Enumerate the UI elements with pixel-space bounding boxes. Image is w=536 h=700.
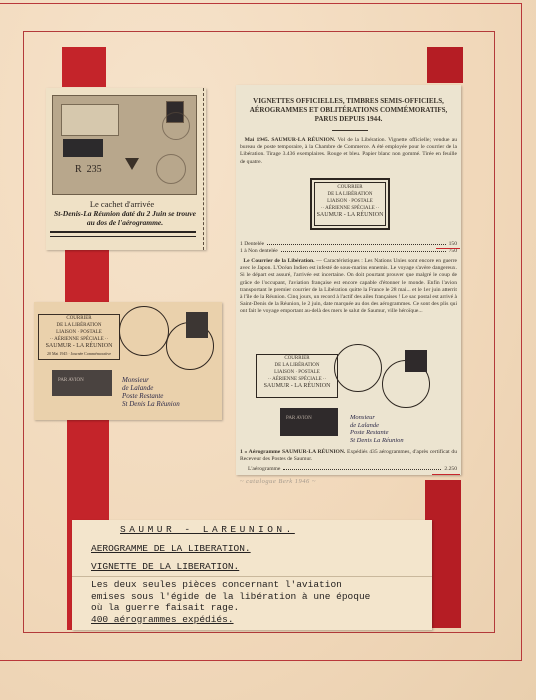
typed-note: SAUMUR - LAREUNION. AEROGRAMME DE LA LIB…	[72, 520, 432, 630]
postmark-icon	[156, 154, 186, 184]
airmail-label-icon: PAR AVION	[52, 370, 112, 396]
caption-title: Le cachet d'arrivée	[46, 199, 198, 209]
stamp-image	[186, 312, 208, 338]
catalogue-header: VIGNETTES OFFICIELLES, TIMBRES SEMIS-OFF…	[240, 97, 457, 124]
price-row: L'aérogramme2.250	[240, 466, 457, 472]
vignette-line: COURRIER	[39, 315, 119, 322]
red-underline	[432, 474, 460, 475]
red-band-decoration	[65, 246, 109, 306]
triangle-mark-icon	[125, 158, 139, 170]
history-paragraph: Le Courrier de la Libération. — Caractér…	[240, 258, 457, 316]
cover-image: R 235	[52, 95, 197, 195]
pencil-note: ~ catalogue Berk 1946 ~	[240, 478, 316, 485]
column-rule	[203, 88, 204, 250]
note-title: SAUMUR - LAREUNION.	[120, 524, 295, 535]
vignette-image	[61, 104, 119, 136]
divider	[50, 231, 196, 237]
arrival-cachet-clipping: R 235 Le cachet d'arrivée St-Denis-La Ré…	[46, 88, 206, 250]
aerogram-cover-image: COURRIER DE LA LIBÉRATION LIAISON · POST…	[252, 340, 442, 448]
vignette-line: LIAISON · POSTALE	[39, 329, 119, 336]
handwritten-address: Monsieur de Lalande Poste Restante St De…	[350, 414, 404, 444]
registration-label: R 235	[75, 164, 102, 175]
vignette-line: 20 Mai 1945 · Journée Commémorative	[39, 350, 119, 357]
note-line: VIGNETTE DE LA LIBERATION.	[91, 561, 239, 572]
album-page: R 235 Le cachet d'arrivée St-Denis-La Ré…	[0, 0, 536, 700]
vignette-image: COURRIER DE LA LIBÉRATION LIAISON · POST…	[38, 314, 120, 360]
rf-postmark-icon	[334, 344, 382, 392]
aerogram-entry: 1 » Aérogramme SAUMUR-LA RÉUNION. Expédi…	[240, 449, 457, 463]
caption-text: St-Denis-La Réunion daté du 2 Juin se tr…	[50, 209, 200, 227]
rf-postmark-icon	[119, 306, 169, 356]
handwritten-address: Monsieur de Lalande Poste Restante St De…	[122, 376, 180, 408]
red-band-decoration	[62, 47, 106, 87]
catalogue-entry: Mai 1945. SAUMUR-LA RÉUNION. Vol de la L…	[240, 137, 457, 166]
airmail-label-icon	[63, 139, 103, 157]
vignette-line: ·· AÉRIENNE SPÉCIALE ··	[39, 336, 119, 343]
note-line: AEROGRAMME DE LA LIBERATION.	[91, 543, 251, 554]
red-band-decoration	[427, 47, 463, 83]
vignette-image: COURRIER DE LA LIBÉRATION LIAISON · POST…	[310, 178, 390, 230]
red-underline	[436, 248, 460, 249]
vignette-line: SAUMUR - LA RÉUNION	[39, 343, 119, 350]
aerogram-cover: COURRIER DE LA LIBÉRATION LIAISON · POST…	[34, 302, 222, 420]
vignette-image: COURRIER DE LA LIBÉRATION LIAISON · POST…	[256, 354, 338, 398]
postmark-icon	[162, 112, 190, 140]
note-body: Les deux seules pièces concernant l'avia…	[91, 579, 370, 625]
divider	[332, 130, 368, 131]
paper-edge	[72, 576, 432, 577]
catalogue-clipping: VIGNETTES OFFICIELLES, TIMBRES SEMIS-OFF…	[236, 85, 461, 475]
price-row: 1 à Non dentelée750	[240, 248, 457, 254]
price-row: 1 Dentelée150	[240, 241, 457, 247]
stamp-image	[405, 350, 427, 372]
airmail-label-icon: PAR AVION	[280, 408, 338, 436]
vignette-line: DE LA LIBÉRATION	[39, 322, 119, 329]
